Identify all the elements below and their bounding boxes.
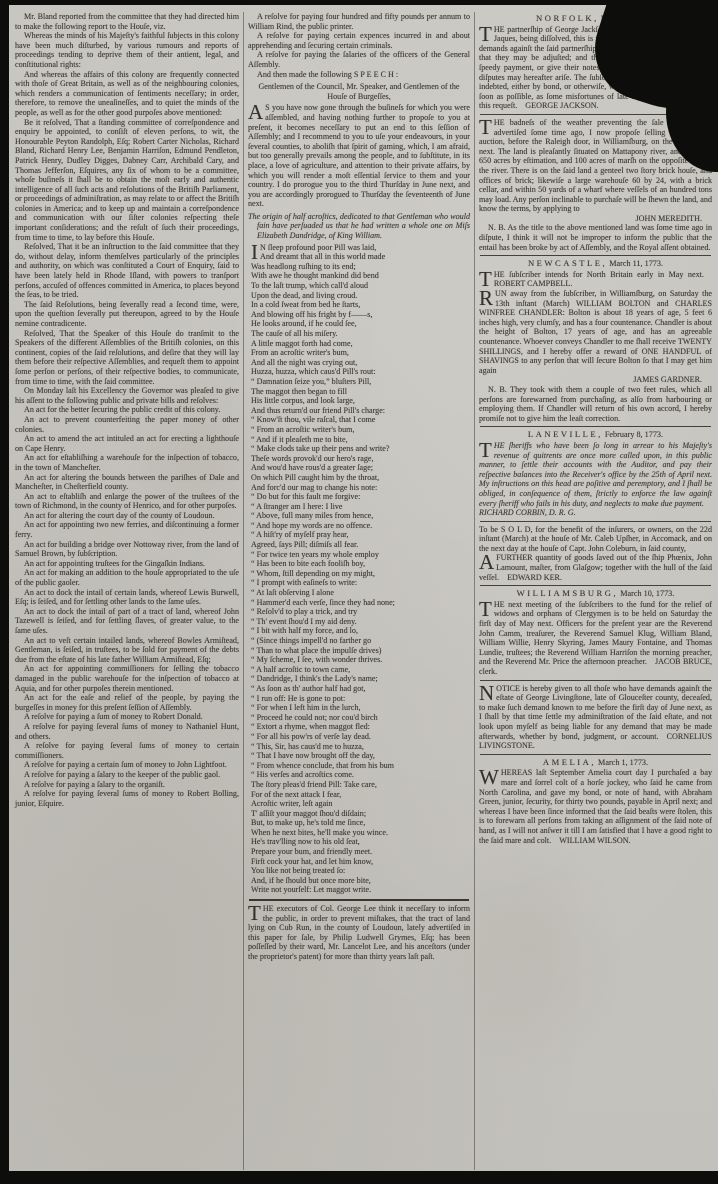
paragraph-text: And whereas the affairs of this colony a… [15,70,239,117]
paragraph-text: HE next meeting of the ſubſcribers to th… [479,600,712,676]
paragraph-text: N. B. They took with them a couple of tw… [479,385,712,423]
paragraph-text: An act for making an addition to the hou… [15,568,239,587]
paragraph: An act for altering the bounds between t… [15,473,239,492]
dateline-date: February 8, 1773. [603,430,663,439]
drop-cap: T [479,441,494,459]
paragraph-text: Reſolved, That the Speaker of this Houſe… [15,329,239,386]
signature: JOHN MEREDITH. [479,214,712,224]
paragraph-text: Mr. Bland reported from the committee th… [15,12,239,31]
drop-cap: I [251,243,260,261]
paragraph: An act for eſtabliſhing a warehouſe for … [15,453,239,472]
signature: JAMES GARDNER. [479,375,712,385]
paragraph: Mr. Bland reported from the committee th… [15,12,239,31]
paragraph: WHEREAS laſt September Amelia court day … [479,768,712,845]
poem: IN ſleep profound poor Pill was laid, An… [248,243,470,895]
paragraph: Reſolved, That it be an inſtruction to t… [15,242,239,300]
paragraph: AFURTHER quantity of goods ſaved out of … [479,553,712,582]
paragraph: THE ſheriffs who have been ſo long in ar… [479,441,712,518]
paragraph-text: An act for appointing commiſſioners for … [15,664,239,692]
paragraph-text: A reſolve for paying a ſum of money to R… [24,712,203,721]
section-rule [480,680,711,681]
drop-cap: T [479,118,494,136]
scan-edge-top [0,0,718,5]
paragraph-text: And then made the following S P E E C H … [257,70,398,79]
dateline: NEWCASTLE, March 11, 1773. [479,259,712,269]
paragraph-text: Gentlemen of the Council, Mr. Speaker, a… [258,82,459,101]
paragraph-text: A reſolve for paying ſeveral ſums of mon… [15,722,239,741]
paragraph: An act for altering the court day of the… [15,511,239,521]
newspaper-page: Mr. Bland reported from the committee th… [0,0,718,1184]
paragraph-text: JAMES GARDNER. [633,375,702,384]
column-middle: A reſolve for paying four hundred and fi… [248,12,470,1170]
drop-cap: W [479,768,501,786]
drop-cap: T [479,25,494,43]
paragraph: RUN away from the ſubſcriber, in William… [479,289,712,375]
dateline-date: March 10, 1773. [618,589,674,598]
paragraph: Be it reſolved, That a ſtanding committe… [15,118,239,243]
paragraph-text: The origin of half acroſtics, dedicated … [248,212,470,240]
paragraph-text: An act for altering the court day of the… [24,511,215,520]
paragraph: To be S O L D, for the benefit of the in… [479,525,712,554]
paragraph-text: Whereas the minds of his Majeſty's faith… [15,31,239,69]
drop-cap: A [248,103,265,121]
paragraph-text: An act for appointing truſtees for the G… [24,559,205,568]
paragraph-text: Be it reſolved, That a ſtanding committe… [15,118,239,242]
column-divider [474,12,475,1170]
dateline-place: NORFOLK, [536,13,599,23]
paragraph: A reſolve for paying certain expences in… [248,31,470,50]
section-rule [480,521,711,522]
scan-edge-bottom [0,1171,718,1184]
paragraph: An act to eſtabliſh and enlarge the powe… [15,492,239,511]
drop-cap: N [479,684,496,702]
paragraph: Reſolved, That the Speaker of this Houſe… [15,329,239,387]
paragraph-text: OTICE is hereby given to all thoſe who h… [479,684,712,751]
column-divider [243,12,244,1170]
paragraph-text: S you have now gone through the buſineſs… [248,103,470,208]
paragraph-text: A reſolve for paying a ſalary to the org… [24,780,165,789]
paragraph: Whereas the minds of his Majeſty's faith… [15,31,239,69]
paragraph-text: A reſolve for paying the ſalaries of the… [248,50,470,69]
paragraph: N. B. As the title to the above mentione… [479,223,712,252]
paragraph-text: JOHN MEREDITH. [635,214,702,223]
section-rule [249,899,469,901]
paragraph-text: An act to veſt certain intailed lands, w… [15,636,239,664]
paragraph-text: N. B. As the title to the above mentione… [479,223,712,251]
paragraph: An act to dock the intail of certain lan… [15,588,239,607]
paragraph-text: A reſolve for paying four hundred and fi… [248,12,470,31]
section-rule [480,426,711,427]
paragraph: The origin of half acroſtics, dedicated … [248,212,470,241]
dateline: AMELIA, March 1, 1773. [479,758,712,768]
paragraph: A reſolve for paying a ſalary to the org… [15,780,239,790]
paragraph: An act to amend the act intituled an act… [15,434,239,453]
paragraph: An act for appointing two new ferries, a… [15,520,239,539]
section-rule [480,255,711,256]
paragraph-text: A reſolve for paying a ſalary to the kee… [24,770,220,779]
paragraph-text: An act to dock the intail of certain lan… [15,588,239,607]
drop-cap: R [479,289,495,307]
paragraph: An act for building a bridge over Nottow… [15,540,239,559]
paragraph: A reſolve for paying ſeveral ſums of mon… [15,722,239,741]
paragraph: A reſolve for paying the ſalaries of the… [248,50,470,69]
paragraph: Gentlemen of the Council, Mr. Speaker, a… [248,82,470,101]
paragraph-text: An act for altering the bounds between t… [15,473,239,492]
drop-cap: A [479,553,496,571]
paragraph-text: HE ſheriffs who have been ſo long in arr… [479,441,712,517]
paragraph: A reſolve for paying a ſum of money to R… [15,712,239,722]
paragraph-text: A reſolve for paying a certain ſum of mo… [24,760,227,769]
paragraph-text: The ſaid Reſolutions, being ſeverally re… [15,300,239,328]
paragraph-text: An act for the better ſecuring the publi… [24,405,220,414]
dateline-place: LANEVILLE, [528,429,603,439]
paragraph: AS you have now gone through the buſineſ… [248,103,470,209]
paragraph: A reſolve for paying ſeveral ſums of mon… [15,789,239,808]
paragraph: THE next meeting of the ſubſcribers to t… [479,600,712,677]
paragraph: The ſaid Reſolutions, being ſeverally re… [15,300,239,329]
drop-cap: T [248,904,263,922]
paragraph: An act to prevent counterfeiting the pap… [15,415,239,434]
paragraph-text: UN away from the ſubſcriber, in Williamſ… [479,289,712,375]
paragraph: An act for the eaſe and relief of the pe… [15,693,239,712]
paragraph: An act for appointing commiſſioners for … [15,664,239,693]
paragraph: An act for appointing truſtees for the G… [15,559,239,569]
dateline: WILLIAMSBURG, March 10, 1773. [479,589,712,599]
paragraph: A reſolve for paying four hundred and fi… [248,12,470,31]
scan-edge-left [0,0,9,1184]
dateline-date: March 1, 1773. [596,758,648,767]
paragraph-text: An act to prevent counterfeiting the pap… [15,415,239,434]
paragraph: A reſolve for paying a ſalary to the kee… [15,770,239,780]
paragraph: And whereas the affairs of this colony a… [15,70,239,118]
paragraph-text: FURTHER quantity of goods ſaved out of t… [479,553,712,581]
paragraph-text: Reſolved, That it be an inſtruction to t… [15,242,239,299]
paragraph: NOTICE is hereby given to all thoſe who … [479,684,712,751]
paragraph: An act to veſt certain intailed lands, w… [15,636,239,665]
paragraph-text: An act for building a bridge over Nottow… [15,540,239,559]
paragraph: And then made the following S P E E C H … [248,70,470,80]
paragraph-text: To be S O L D, for the benefit of the in… [479,525,712,553]
page-content: Mr. Bland reported from the committee th… [11,6,716,1170]
paragraph-text: An act to amend the act intituled an act… [15,434,239,453]
paragraph-text: On Monday laſt his Excellency the Govern… [15,386,239,405]
paragraph-text: An act for the eaſe and relief of the pe… [15,693,239,712]
paragraph-text: HE executors of Col. George Lee think it… [248,904,470,961]
drop-cap: T [479,600,494,618]
paragraph-text: A reſolve for paying certain expences in… [248,31,470,50]
dateline-date: March 11, 1773. [607,259,663,268]
column-left: Mr. Bland reported from the committee th… [15,12,239,1170]
paragraph: On Monday laſt his Excellency the Govern… [15,386,239,405]
paragraph: N. B. They took with them a couple of tw… [479,385,712,423]
paragraph: An act to dock the intail of part of a t… [15,607,239,636]
section-rule [480,585,711,586]
dateline-place: WILLIAMSBURG, [517,588,619,598]
paragraph-text: HE ſubſcriber intends for North Britain … [494,270,712,289]
paragraph-text: An act for eſtabliſhing a warehouſe for … [15,453,239,472]
paragraph-text: A reſolve for paying ſeveral ſums of mon… [15,741,239,760]
paragraph: An act for the better ſecuring the publi… [15,405,239,415]
paragraph-text: A reſolve for paying ſeveral ſums of mon… [15,789,239,808]
paragraph: THE ſubſcriber intends for North Britain… [479,270,712,289]
paragraph-text: An act for appointing two new ferries, a… [15,520,239,539]
paragraph: A reſolve for paying a certain ſum of mo… [15,760,239,770]
paragraph: THE executors of Col. George Lee think i… [248,904,470,962]
dateline: LANEVILLE, February 8, 1773. [479,430,712,440]
poem-lines: N ſleep profound poor Pill was laid, And… [251,243,395,895]
paragraph: An act for making an addition to the hou… [15,568,239,587]
paragraph-text: An act to dock the intail of part of a t… [15,607,239,635]
section-rule [480,754,711,755]
dateline-place: AMELIA, [543,757,596,767]
paragraph-text: An act to eſtabliſh and enlarge the powe… [15,492,239,511]
paragraph: A reſolve for paying ſeveral ſums of mon… [15,741,239,760]
paragraph-text: HEREAS laſt September Amelia court day I… [479,768,712,844]
column-right: NORFOLK, March 18, 1773.THE partnerſhip … [479,12,712,1170]
dateline-place: NEWCASTLE, [528,258,607,268]
